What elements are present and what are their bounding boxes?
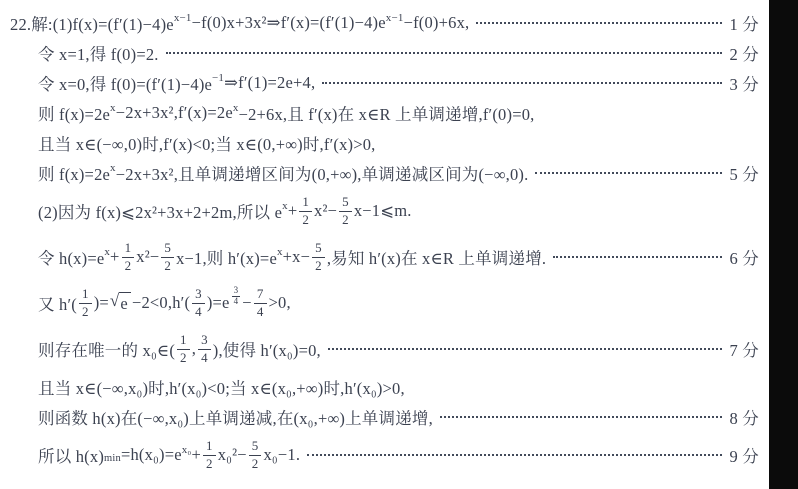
math-text: )= [94,293,109,313]
dotted-leader [535,172,721,174]
fraction-numerator: 1 [299,194,312,210]
superscript: x [282,201,288,212]
math-text: 则存在唯一的 x₀∈( [38,337,175,361]
solution-line-6: 则 f(x)=2ex−2x+3x²,且单调递增区间为(0,+∞),单调递减区间为… [0,158,769,188]
math-text: −2x+3x²,且单调递增区间为(0,+∞),单调递减区间为(−∞,0). [116,161,529,185]
math-text: 且当 x∈(−∞,x₀)时,h′(x₀)<0;当 x∈(x₀,+∞)时,h′(x… [38,375,405,399]
superscript: x [110,163,116,174]
radical-sign: √ [110,292,120,314]
math-text: 则 f(x)=2e [38,161,110,185]
fraction: 34 [232,286,241,307]
math-text: −2<0,h′( [132,293,190,313]
math-text: −f(0)x+3x²⇒f′(x)=(f′(1)−4)e [192,13,386,33]
dotted-leader [553,256,721,258]
solution-document: 22.解:(1)f(x)=(f′(1)−4)ex−1−f(0)x+3x²⇒f′(… [0,0,769,489]
superscript: x [110,103,116,114]
score-badge: 3 分 [730,71,759,95]
fraction-denominator: 2 [312,257,325,274]
fraction: 12 [122,240,135,274]
scan-edge-black-bar [769,0,798,489]
math-text: 22.解:(1)f(x)=(f′(1)−4)e [10,11,174,35]
score-badge: 7 分 [730,337,759,361]
fraction-numerator: 7 [254,286,267,302]
solution-line-7: (2)因为 f(x)⩽2x²+3x+2+2m,所以 ex+12x²−52x−1⩽… [0,188,769,234]
math-text: −2x+3x²,f′(x)=2e [116,103,233,123]
math-text: =h(x₀)=e [121,445,182,465]
fraction-denominator: 2 [203,455,216,472]
fraction-denominator: 4 [232,296,241,307]
superscript: x−1 [174,13,192,24]
superscript: x₀ [182,445,192,456]
math-text: + [191,445,201,465]
score-badge: 2 分 [730,41,759,65]
score-badge: 1 分 [730,11,759,35]
math-text: 且当 x∈(−∞,0)时,f′(x)<0;当 x∈(0,+∞)时,f′(x)>0… [38,131,376,155]
score-badge: 8 分 [730,405,759,429]
fraction-denominator: 2 [161,257,174,274]
fraction-numerator: 5 [312,240,325,256]
math-text: x²− [136,247,159,267]
math-text: x−1⩽m. [354,201,412,221]
fraction-numerator: 5 [339,194,352,210]
score-badge: 5 分 [730,161,759,185]
math-text: 令 x=0,得 f(0)=(f′(1)−4)e [38,71,212,95]
fraction-denominator: 2 [79,303,92,320]
math-text: x−1,则 h′(x)=e [176,245,277,269]
fraction-denominator: 2 [299,211,312,228]
fraction-numerator: 1 [177,332,190,348]
subscript: min [104,454,121,465]
fraction: 12 [299,194,312,228]
fraction-denominator: 2 [339,211,352,228]
fraction-numerator: 1 [122,240,135,256]
math-text: ⇒f′(1)=2e+4, [224,73,315,93]
math-text: 则 f(x)=2e [38,101,110,125]
math-text: −f(0)+6x, [404,13,470,33]
fraction: 52 [249,438,262,472]
dotted-leader [440,416,722,418]
math-text: (2)因为 f(x)⩽2x²+3x+2+2m,所以 e [38,199,282,223]
math-text: x₀−1. [263,445,300,465]
score-badge: 9 分 [730,443,759,467]
fraction: 74 [254,286,267,320]
solution-line-11: 且当 x∈(−∞,x₀)时,h′(x₀)<0;当 x∈(x₀,+∞)时,h′(x… [0,372,769,402]
fraction: 12 [177,332,190,366]
math-text: + [288,201,298,221]
solution-line-1: 22.解:(1)f(x)=(f′(1)−4)ex−1−f(0)x+3x²⇒f′(… [0,8,769,38]
superscript: x−1 [386,13,404,24]
fraction: 52 [312,240,325,274]
math-text: x²− [314,201,337,221]
solution-line-4: 则 f(x)=2ex−2x+3x²,f′(x)=2ex−2+6x,且 f′(x)… [0,98,769,128]
superscript: −1 [212,73,224,84]
dotted-leader [322,82,721,84]
math-text: 又 h′( [38,291,77,315]
math-text: 令 h(x)=e [38,245,104,269]
solution-line-13: 所以 h(x)min=h(x₀)=ex₀+12x₀²−52x₀−1.9 分 [0,432,769,478]
fraction-denominator: 2 [122,257,135,274]
fraction-denominator: 4 [198,349,211,366]
dotted-leader [476,22,721,24]
fraction: 34 [198,332,211,366]
math-text: 则函数 h(x)在(−∞,x₀)上单调递减,在(x₀,+∞)上单调递增, [38,405,433,429]
math-text: +x− [283,247,310,267]
fraction-denominator: 2 [177,349,190,366]
superscript: x [277,247,283,258]
fraction: 52 [339,194,352,228]
superscript: x [104,247,110,258]
fraction: 12 [79,286,92,320]
superscript: x [233,103,239,114]
fraction-numerator: 1 [203,438,216,454]
math-text: 所以 h(x) [38,443,104,467]
math-text: ,易知 h′(x)在 x∈R 上单调递增. [327,245,546,269]
dotted-leader [307,454,721,456]
fraction-numerator: 3 [198,332,211,348]
fraction-numerator: 5 [249,438,262,454]
math-text: + [110,247,120,267]
math-text: )=e [207,293,230,313]
solution-line-2: 令 x=1,得 f(0)=2.2 分 [0,38,769,68]
fraction: 52 [161,240,174,274]
fraction-numerator: 3 [192,286,205,302]
math-text: ),使得 h′(x₀)=0, [213,337,321,361]
fraction: 34 [192,286,205,320]
fraction-numerator: 5 [161,240,174,256]
score-badge: 6 分 [730,245,759,269]
math-text: x₀²− [218,445,247,465]
dotted-leader [328,348,722,350]
math-text: 令 x=1,得 f(0)=2. [38,41,159,65]
solution-line-10: 则存在唯一的 x₀∈(12,34),使得 h′(x₀)=0,7 分 [0,326,769,372]
square-root: √e [110,292,131,314]
solution-line-3: 令 x=0,得 f(0)=(f′(1)−4)e−1⇒f′(1)=2e+4,3 分 [0,68,769,98]
solution-line-8: 令 h(x)=ex+12x²−52x−1,则 h′(x)=ex+x−52,易知 … [0,234,769,280]
fraction-denominator: 2 [249,455,262,472]
solution-line-9: 又 h′(12)=√e−2<0,h′(34)=e34−74>0, [0,280,769,326]
fraction-numerator: 3 [232,286,241,296]
fraction: 12 [203,438,216,472]
fraction-denominator: 4 [254,303,267,320]
math-text: − [242,293,252,313]
fraction-denominator: 4 [192,303,205,320]
solution-line-5: 且当 x∈(−∞,0)时,f′(x)<0;当 x∈(0,+∞)时,f′(x)>0… [0,128,769,158]
math-text: , [192,339,196,359]
solution-line-12: 则函数 h(x)在(−∞,x₀)上单调递减,在(x₀,+∞)上单调递增,8 分 [0,402,769,432]
dotted-leader [166,52,722,54]
math-text: −2+6x,且 f′(x)在 x∈R 上单调递增,f′(0)=0, [239,101,535,125]
math-text: >0, [269,293,291,313]
radicand: e [119,292,131,314]
fraction-numerator: 1 [79,286,92,302]
